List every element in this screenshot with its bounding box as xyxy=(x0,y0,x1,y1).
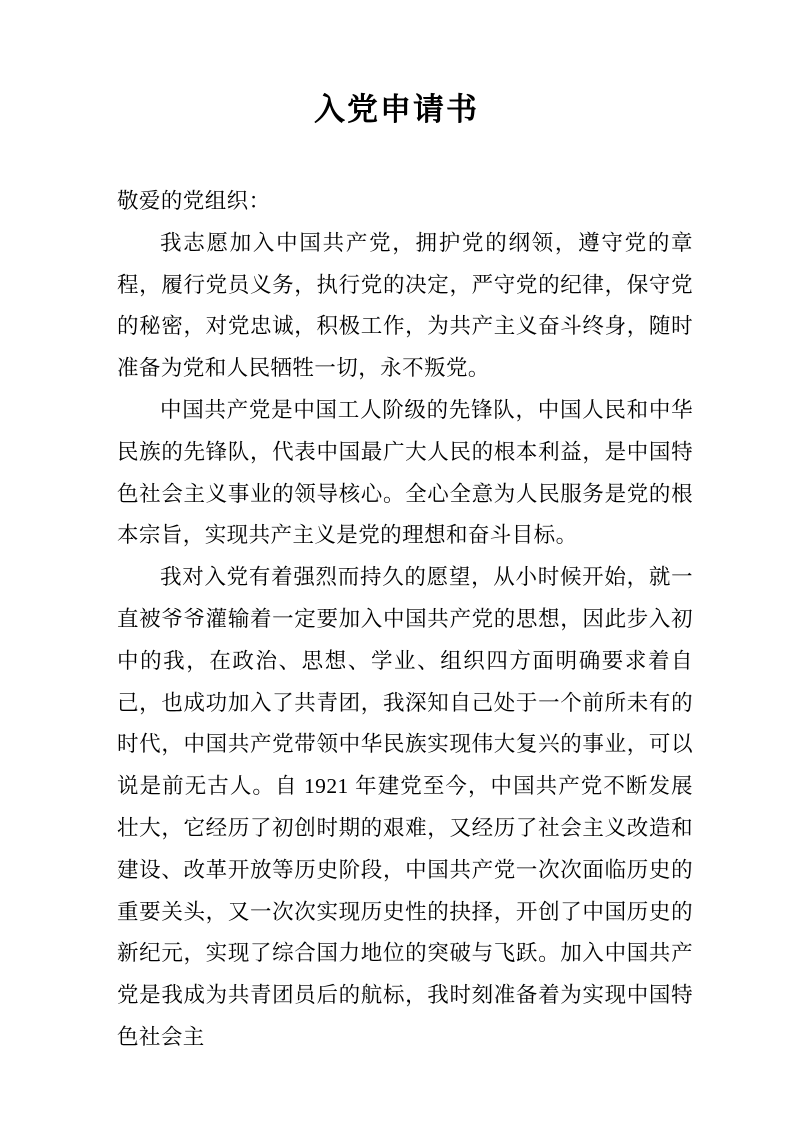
document-body: 敬爱的党组织： 我志愿加入中国共产党，拥护党的纲领，遵守党的章程，履行党员义务，… xyxy=(117,181,693,1059)
document-title: 入党申请书 xyxy=(0,88,793,132)
salutation-line: 敬爱的党组织： xyxy=(117,181,693,223)
body-paragraph-2: 中国共产党是中国工人阶级的先锋队，中国人民和中华民族的先锋队，代表中国最广大人民… xyxy=(117,390,693,557)
body-paragraph-1: 我志愿加入中国共产党，拥护党的纲领，遵守党的章程，履行党员义务，执行党的决定，严… xyxy=(117,223,693,390)
paragraph-list: 我志愿加入中国共产党，拥护党的纲领，遵守党的章程，履行党员义务，执行党的决定，严… xyxy=(117,223,693,1059)
body-paragraph-3: 我对入党有着强烈而持久的愿望，从小时候开始，就一直被爷爷灌输着一定要加入中国共产… xyxy=(117,557,693,1059)
document-page: 入党申请书 敬爱的党组织： 我志愿加入中国共产党，拥护党的纲领，遵守党的章程，履… xyxy=(0,0,793,1122)
